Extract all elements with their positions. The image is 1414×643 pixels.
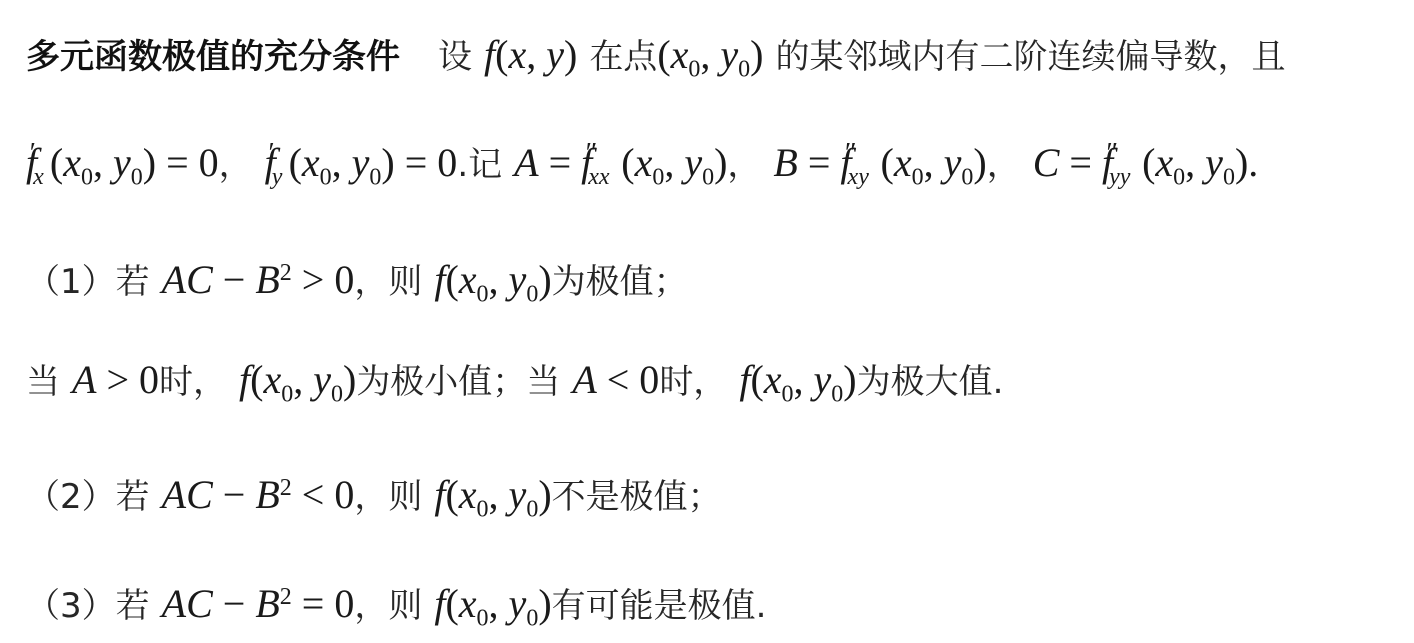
case-1-result: 为极值； — [552, 262, 688, 302]
comma: ， — [219, 145, 253, 185]
theorem-statement-line-2: fx′(x0, y0) = 0，fy′(x0, y0) = 0.记A = fxx… — [26, 138, 1258, 202]
subcase-cond-negative: A < 0 — [572, 357, 659, 402]
math-def-A: A = fxx″(x0, y0) — [514, 140, 727, 185]
case-1-subcase: 当A > 0时，f(x0, y0)为极小值；当A < 0时，f(x0, y0)为… — [26, 355, 1003, 419]
text-denote: .记 — [457, 145, 502, 185]
subcase-cond-positive: A > 0 — [72, 357, 159, 402]
case-3-label: （3）若 — [26, 586, 150, 626]
text-let: 设 — [438, 37, 472, 77]
text-time: 时， — [659, 362, 727, 402]
case-2: （2）若AC − B2 < 0，则f(x0, y0)不是极值； — [26, 463, 722, 535]
theorem-statement-line-1: 多元函数极值的充分条件设f(x, y)在点(x0, y0)的某邻域内有二阶连续偏… — [26, 30, 1286, 94]
case-2-result: 不是极值； — [552, 477, 722, 517]
math-point: (x0, y0) — [657, 32, 763, 77]
case-1-label: （1）若 — [26, 262, 150, 302]
text-time: 时， — [159, 362, 227, 402]
case-1-value: f(x0, y0) — [434, 257, 551, 302]
case-1-condition: AC − B2 > 0 — [162, 257, 355, 302]
text-condition: 的某邻域内有二阶连续偏导数，且 — [776, 37, 1286, 77]
comma: ， — [987, 145, 1021, 185]
case-1: （1）若AC − B2 > 0，则f(x0, y0)为极值； — [26, 248, 688, 320]
case-2-label: （2）若 — [26, 477, 150, 517]
subcase-value-1: f(x0, y0) — [239, 357, 356, 402]
math-fx-zero: fx′(x0, y0) = 0 — [26, 140, 219, 185]
subcase-result-maximum: 为极大值. — [857, 362, 1004, 402]
math-def-B: B = fxy″(x0, y0) — [773, 140, 986, 185]
text-when: 当 — [526, 362, 560, 402]
comma: ， — [727, 145, 761, 185]
math-fy-zero: fy′(x0, y0) = 0 — [265, 140, 458, 185]
case-2-then: ，则 — [354, 477, 422, 517]
case-2-condition: AC − B2 < 0 — [162, 472, 355, 517]
theorem-title: 多元函数极值的充分条件 — [26, 37, 400, 77]
math-function: f(x, y) — [484, 32, 577, 77]
case-3-value: f(x0, y0) — [434, 581, 551, 626]
case-3-condition: AC − B2 = 0 — [162, 581, 355, 626]
period: . — [1248, 140, 1258, 185]
text-when: 当 — [26, 362, 60, 402]
subcase-value-2: f(x0, y0) — [739, 357, 856, 402]
text-at-point: 在点 — [589, 37, 657, 77]
subcase-result-minimum: 为极小值； — [356, 362, 526, 402]
math-def-C: C = fyy″(x0, y0) — [1033, 140, 1249, 185]
case-3-result: 有可能是极值. — [552, 586, 767, 626]
case-2-value: f(x0, y0) — [434, 472, 551, 517]
case-3-then: ，则 — [354, 586, 422, 626]
case-1-then: ，则 — [354, 262, 422, 302]
case-3: （3）若AC − B2 = 0，则f(x0, y0)有可能是极值. — [26, 572, 766, 643]
